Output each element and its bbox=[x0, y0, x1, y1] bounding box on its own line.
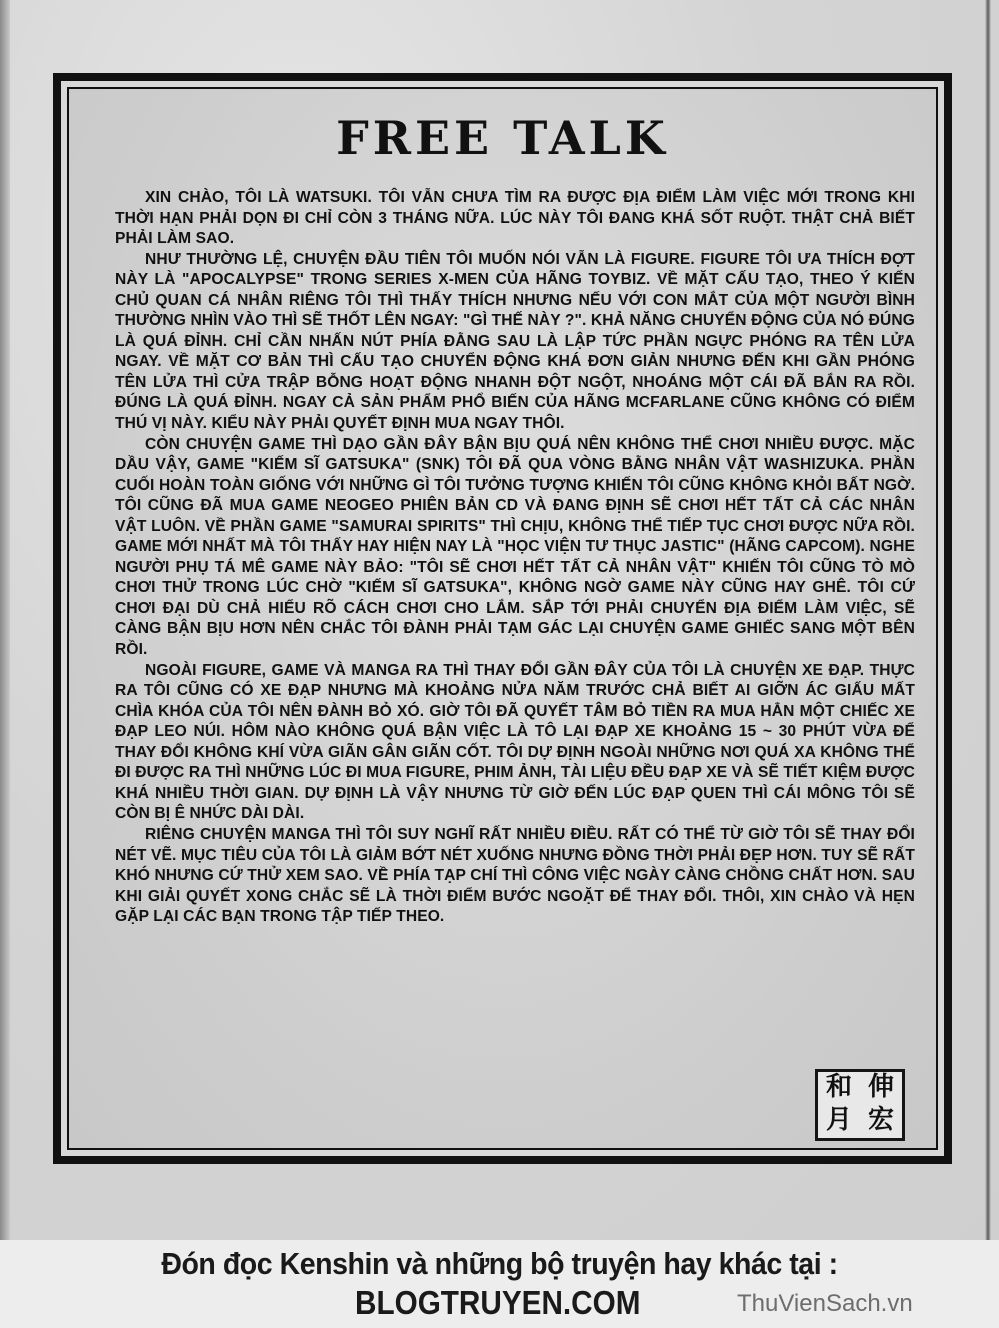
site-name: BLOGTRUYEN.COM bbox=[355, 1284, 640, 1322]
author-seal-stamp: 和 伸 月 宏 bbox=[815, 1069, 905, 1141]
paragraph-bicycle: NGOÀI FIGURE, GAME VÀ MANGA RA THÌ THAY … bbox=[115, 661, 915, 825]
seal-char: 伸 bbox=[860, 1072, 902, 1105]
seal-char: 和 bbox=[818, 1072, 860, 1105]
free-talk-inner-frame: FREE TALK XIN CHÀO, TÔI LÀ WATSUKI. TÔI … bbox=[67, 87, 938, 1150]
paragraph-games: CÒN CHUYỆN GAME THÌ DẠO GẦN ĐÂY BẬN BỊU … bbox=[115, 435, 915, 661]
paragraph-manga: RIÊNG CHUYỆN MANGA THÌ TÔI SUY NGHĨ RẤT … bbox=[115, 825, 915, 928]
promo-footer: Đón đọc Kenshin và những bộ truyện hay k… bbox=[0, 1240, 999, 1328]
page-edge-shadow bbox=[985, 0, 991, 1240]
free-talk-body: XIN CHÀO, TÔI LÀ WATSUKI. TÔI VẪN CHƯA T… bbox=[115, 188, 915, 928]
seal-char: 宏 bbox=[860, 1105, 902, 1138]
watermark: ThuVienSach.vn bbox=[737, 1290, 913, 1318]
seal-char: 月 bbox=[818, 1105, 860, 1138]
free-talk-frame: FREE TALK XIN CHÀO, TÔI LÀ WATSUKI. TÔI … bbox=[53, 73, 952, 1164]
paragraph-figure: NHƯ THƯỜNG LỆ, CHUYỆN ĐẦU TIÊN TÔI MUỐN … bbox=[115, 250, 915, 435]
page-title: FREE TALK bbox=[69, 111, 936, 165]
promo-text: Đón đọc Kenshin và những bộ truyện hay k… bbox=[40, 1246, 959, 1282]
manga-page: FREE TALK XIN CHÀO, TÔI LÀ WATSUKI. TÔI … bbox=[0, 0, 999, 1240]
paragraph-greeting: XIN CHÀO, TÔI LÀ WATSUKI. TÔI VẪN CHƯA T… bbox=[115, 188, 915, 250]
page-binding-shadow bbox=[0, 0, 10, 1240]
